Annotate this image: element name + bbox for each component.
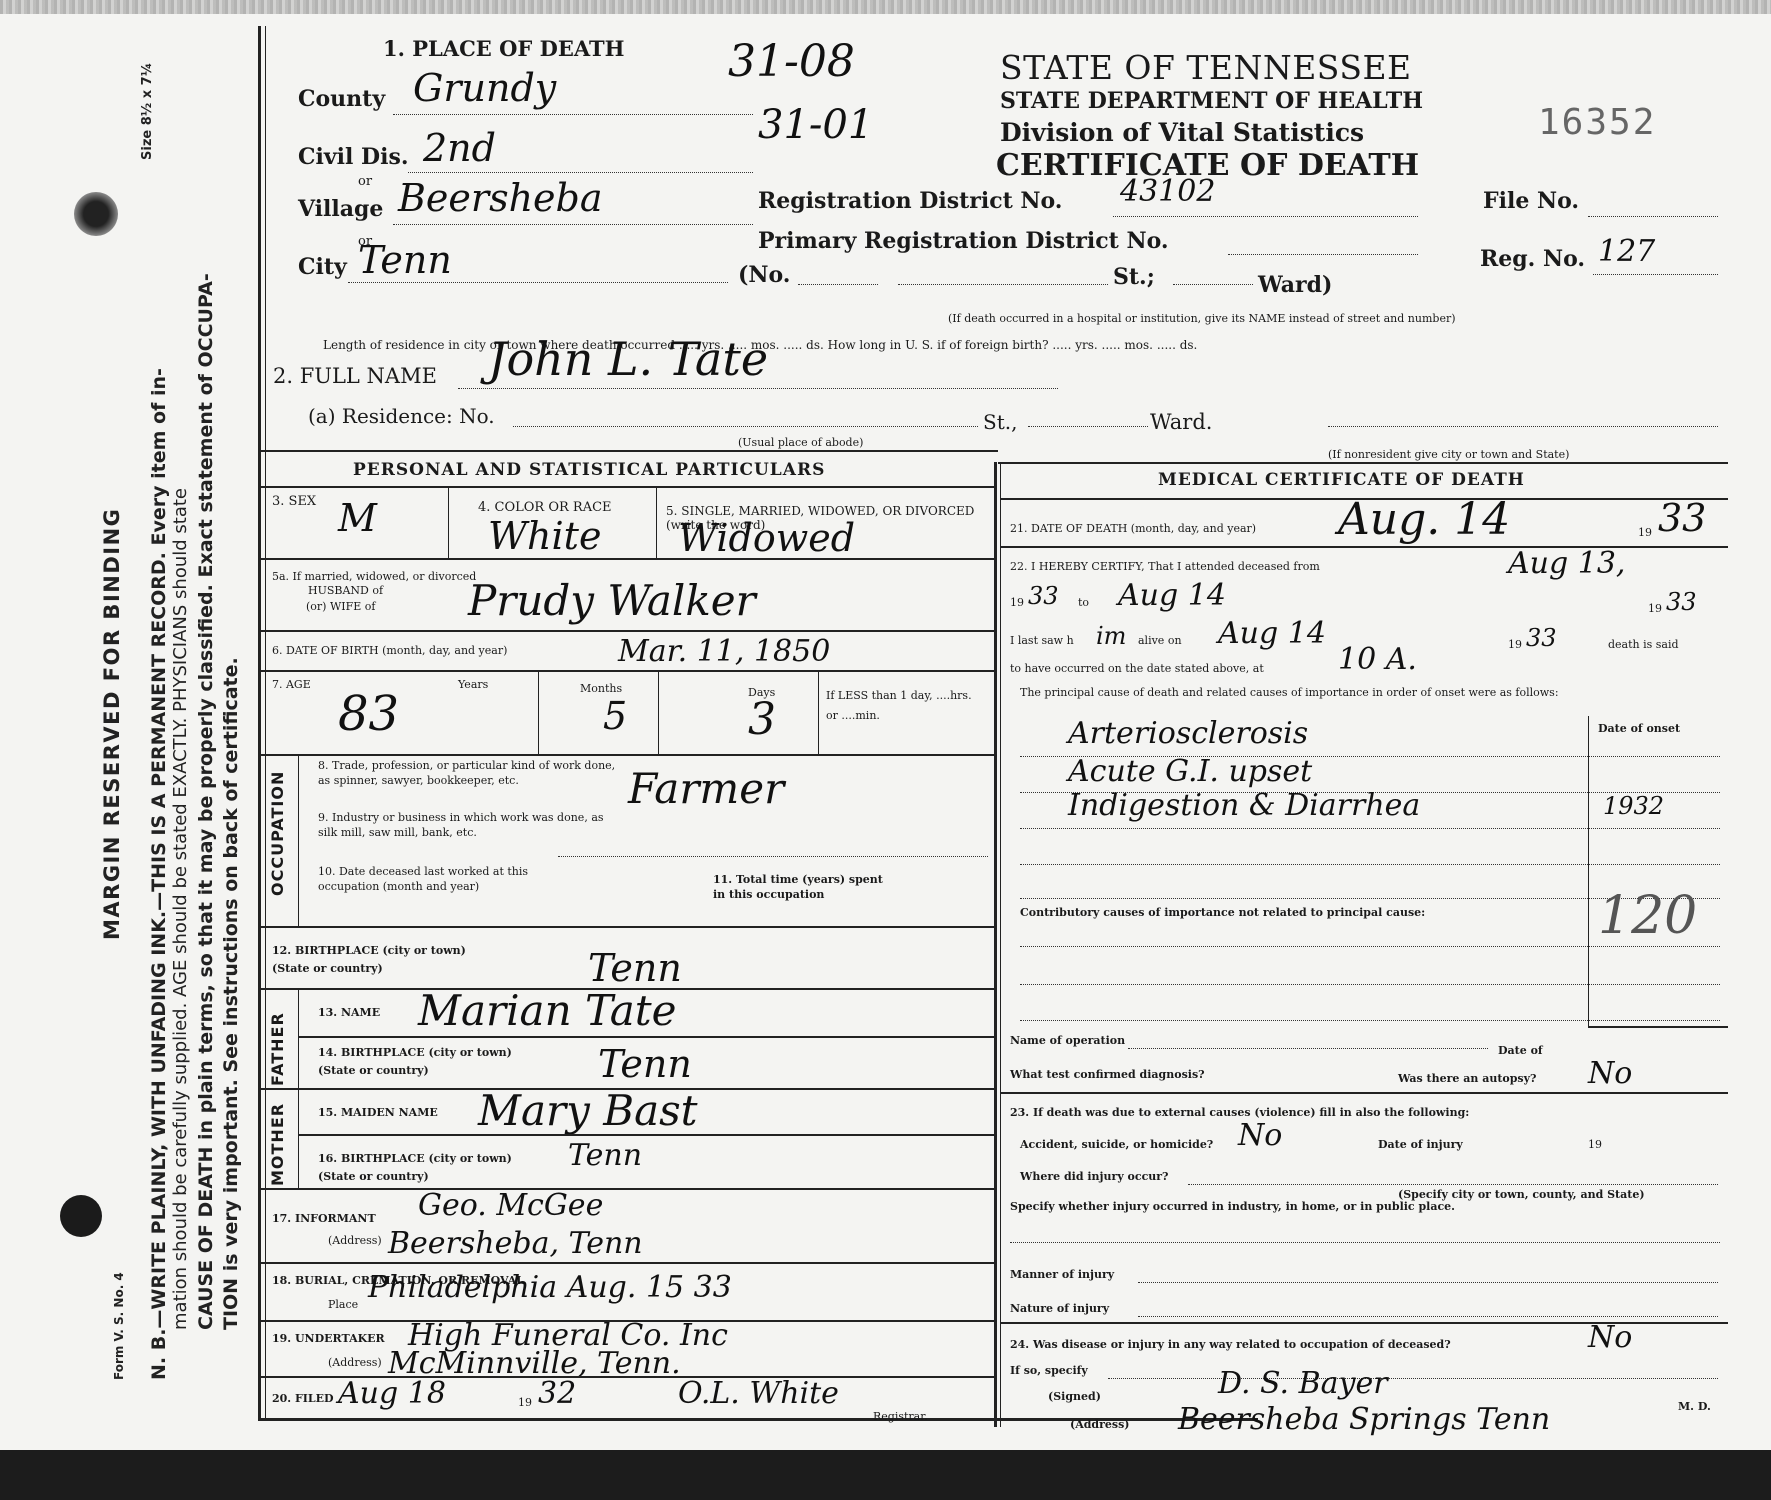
date-of-death-label: 21. DATE OF DEATH (month, day, and year): [1010, 522, 1256, 535]
last-saw-pronoun[interactable]: im: [1096, 622, 1126, 650]
margin-reserved-label: MARGIN RESERVED FOR BINDING: [100, 508, 124, 940]
spouse-label-1: 5a. If married, widowed, or divorced: [272, 570, 476, 583]
operation-date-label: Date of: [1498, 1044, 1543, 1057]
county-label: County: [298, 86, 385, 112]
last-saw-year[interactable]: 33: [1526, 624, 1557, 652]
registration-district-value[interactable]: 43102: [1120, 174, 1215, 209]
cause-3[interactable]: Indigestion & Diarrhea: [1068, 788, 1420, 823]
civil-district-label: Civil Dis.: [298, 144, 409, 170]
race-label: 4. COLOR OR RACE: [478, 500, 612, 515]
spouse-label-3: (or) WIFE of: [306, 600, 375, 613]
reg-no-label: Reg. No.: [1480, 246, 1585, 272]
residence-street-label: St.,: [983, 410, 1017, 434]
civil-district-value[interactable]: 2nd: [423, 126, 496, 170]
department-title: STATE DEPARTMENT OF HEALTH: [1000, 88, 1423, 114]
primary-registration-label: Primary Registration District No.: [758, 228, 1169, 254]
nonresident-note: (If nonresident give city or town and St…: [1328, 448, 1569, 461]
registration-district-label: Registration District No.: [758, 188, 1062, 214]
scan-top-edge: [0, 0, 1771, 14]
mother-birthplace-value[interactable]: Tenn: [568, 1138, 642, 1173]
birthplace-label: 12. BIRTHPLACE (city or town) (State or …: [272, 942, 472, 978]
burial-place-label: Place: [328, 1298, 358, 1311]
reg-no-value[interactable]: 127: [1598, 234, 1655, 269]
occupation-side-label: OCCUPATION: [268, 771, 287, 896]
or-label: or: [358, 174, 372, 189]
less-than-label: If LESS than 1 day, ....hrs. or ....min.: [826, 686, 986, 726]
injury-date-label: Date of injury: [1378, 1138, 1463, 1151]
marital-value[interactable]: Widowed: [678, 516, 855, 560]
mother-birthplace-label: 16. BIRTHPLACE (city or town) (State or …: [318, 1150, 518, 1186]
scan-bottom-edge: [0, 1450, 1771, 1500]
death-certificate-form: 1. PLACE OF DEATH County Grundy Civil Di…: [258, 26, 1728, 1426]
informant-address-value[interactable]: Beersheba, Tenn: [388, 1226, 643, 1261]
cause-3-onset[interactable]: 1932: [1603, 792, 1664, 820]
father-birthplace-value[interactable]: Tenn: [598, 1042, 692, 1086]
instructions-line-4: TION is very important. See instructions…: [220, 657, 242, 1330]
father-name-value[interactable]: Marian Tate: [418, 986, 677, 1035]
contributory-mark: 120: [1598, 886, 1697, 946]
burial-value[interactable]: Philadelphia Aug. 15 33: [368, 1270, 732, 1305]
date-of-death-year-prefix: 19: [1638, 526, 1652, 539]
mother-side-label: MOTHER: [268, 1103, 287, 1186]
age-years-label: Years: [458, 678, 488, 691]
instructions-line-2: mation should be carefully supplied. AGE…: [170, 488, 191, 1330]
margin-code-2: 31-01: [758, 102, 873, 148]
total-time-label: 11. Total time (years) spent in this occ…: [713, 872, 893, 902]
county-value[interactable]: Grundy: [413, 66, 556, 110]
mother-name-label: 15. MAIDEN NAME: [318, 1106, 438, 1119]
father-side-label: FATHER: [268, 1012, 287, 1086]
undertaker-address-label: (Address): [328, 1356, 382, 1369]
village-label: Village: [298, 196, 383, 222]
nature-label: Nature of injury: [1010, 1302, 1109, 1315]
last-saw-alive-label: alive on: [1138, 634, 1182, 647]
cause-2[interactable]: Acute G.I. upset: [1068, 754, 1312, 789]
address-value[interactable]: Beersheba Springs Tenn: [1178, 1402, 1550, 1437]
file-no-label: File No.: [1483, 188, 1579, 214]
last-saw-label: I last saw h: [1010, 634, 1074, 647]
occurred-time[interactable]: 10 A.: [1338, 642, 1417, 677]
street-label: St.;: [1113, 264, 1155, 290]
attended-from[interactable]: Aug 13,: [1508, 546, 1625, 581]
city-value[interactable]: Tenn: [358, 238, 452, 282]
informant-value[interactable]: Geo. McGee: [418, 1188, 603, 1223]
manner-label: Manner of injury: [1010, 1268, 1114, 1281]
cause-1[interactable]: Arteriosclerosis: [1068, 716, 1308, 751]
attended-to-year-prefix: 19: [1648, 602, 1662, 615]
village-value[interactable]: Beersheba: [398, 176, 603, 220]
residence-label: (a) Residence: No.: [308, 404, 495, 428]
dob-value[interactable]: Mar. 11, 1850: [618, 634, 830, 669]
date-of-death-value[interactable]: Aug. 14: [1338, 494, 1510, 545]
undertaker-label: 19. UNDERTAKER: [272, 1332, 385, 1345]
age-months-value[interactable]: 5: [603, 694, 627, 738]
where-injury-label: Where did injury occur?: [1020, 1170, 1169, 1183]
signed-value[interactable]: D. S. Bayer: [1218, 1366, 1388, 1401]
city-label: City: [298, 254, 347, 280]
test-label: What test confirmed diagnosis?: [1010, 1068, 1205, 1081]
hospital-note: (If death occurred in a hospital or inst…: [948, 312, 1456, 325]
father-birthplace-label: 14. BIRTHPLACE (city or town) (State or …: [318, 1044, 518, 1080]
sex-label: 3. SEX: [272, 494, 316, 509]
attended-to[interactable]: Aug 14: [1118, 578, 1226, 613]
attended-from-year[interactable]: 33: [1028, 582, 1059, 610]
last-worked-label: 10. Date deceased last worked at this oc…: [318, 864, 578, 894]
residence-ward-label: Ward.: [1150, 410, 1212, 434]
spouse-value[interactable]: Prudy Walker: [468, 576, 756, 625]
full-name-label: 2. FULL NAME: [273, 364, 437, 388]
specify-whether-label: Specify whether injury occurred in indus…: [1010, 1200, 1455, 1213]
informant-label: 17. INFORMANT: [272, 1212, 376, 1225]
md-label: M. D.: [1678, 1400, 1711, 1413]
last-saw-value[interactable]: Aug 14: [1218, 616, 1326, 651]
attended-to-year[interactable]: 33: [1666, 588, 1697, 616]
certify-label: 22. I HEREBY CERTIFY, That I attended de…: [1010, 560, 1320, 573]
size-note: Size 8½ x 7¼: [140, 63, 155, 160]
accident-value[interactable]: No: [1238, 1118, 1282, 1153]
date-of-onset-label: Date of onset: [1598, 722, 1680, 735]
cause-intro: The principal cause of death and related…: [1020, 686, 1720, 700]
full-name-value[interactable]: John L. Tate: [488, 332, 768, 386]
accident-label: Accident, suicide, or homicide?: [1020, 1138, 1213, 1151]
registrar-label: Registrar.: [873, 1410, 928, 1423]
binding-hole-top: [74, 192, 118, 236]
autopsy-value[interactable]: No: [1588, 1056, 1632, 1091]
sex-value[interactable]: M: [338, 496, 377, 540]
filed-date[interactable]: Aug 18: [338, 1376, 446, 1411]
death-said-label: death is said: [1608, 638, 1679, 651]
address-label: (Address): [1070, 1418, 1130, 1431]
industry-label: 9. Industry or business in which work wa…: [318, 810, 618, 840]
street-no-label: (No.: [738, 262, 790, 288]
operation-label: Name of operation: [1010, 1034, 1125, 1047]
informant-address-label: (Address): [328, 1234, 382, 1247]
dob-label: 6. DATE OF BIRTH (month, day, and year): [272, 644, 507, 657]
attended-from-year-prefix: 19: [1010, 596, 1024, 609]
date-of-death-year[interactable]: 33: [1658, 496, 1706, 540]
medical-heading: MEDICAL CERTIFICATE OF DEATH: [1158, 470, 1525, 490]
certificate-stamp-number: 16352: [1538, 102, 1656, 143]
age-years-value[interactable]: 83: [338, 686, 399, 742]
spouse-label-2: HUSBAND of: [308, 584, 383, 597]
injury-year-prefix: 19: [1588, 1138, 1602, 1151]
attended-to-label: to: [1078, 596, 1089, 609]
filed-year-prefix: 19: [518, 1396, 532, 1409]
instructions-line-3: CAUSE OF DEATH in plain terms, so that i…: [195, 273, 217, 1330]
registrar-value[interactable]: O.L. White: [678, 1376, 839, 1411]
trade-label: 8. Trade, profession, or particular kind…: [318, 758, 628, 788]
occupation-related-value[interactable]: No: [1588, 1320, 1632, 1355]
age-days-value[interactable]: 3: [748, 694, 776, 745]
signed-label: (Signed): [1048, 1390, 1101, 1403]
division-title: Division of Vital Statistics: [1000, 118, 1364, 147]
form-number: Form V. S. No. 4: [112, 1272, 126, 1380]
age-label: 7. AGE: [272, 678, 311, 691]
personal-heading: PERSONAL AND STATISTICAL PARTICULARS: [353, 460, 825, 480]
birthplace-value[interactable]: Tenn: [588, 946, 682, 990]
mother-name-value[interactable]: Mary Bast: [478, 1086, 698, 1135]
binding-hole-bottom: [60, 1195, 102, 1237]
filed-year[interactable]: 32: [538, 1376, 576, 1411]
father-name-label: 13. NAME: [318, 1006, 380, 1019]
last-saw-year-prefix: 19: [1508, 638, 1522, 651]
contributory-label: Contributory causes of importance not re…: [1020, 906, 1425, 919]
if-so-label: If so, specify: [1010, 1364, 1088, 1377]
occurred-label: to have occurred on the date stated abov…: [1010, 662, 1264, 675]
race-value[interactable]: White: [488, 514, 601, 558]
margin-code-1: 31-08: [728, 36, 855, 87]
filed-label: 20. FILED: [272, 1392, 334, 1405]
instructions-line-1: N. B.—WRITE PLAINLY, WITH UNFADING INK.—…: [148, 368, 170, 1380]
autopsy-label: Was there an autopsy?: [1398, 1072, 1536, 1085]
occupation-related-label: 24. Was disease or injury in any way rel…: [1010, 1338, 1451, 1351]
trade-value[interactable]: Farmer: [628, 764, 784, 813]
usual-abode-note: (Usual place of abode): [738, 436, 863, 449]
ward-label: Ward): [1258, 272, 1332, 298]
place-of-death-heading: 1. PLACE OF DEATH: [383, 36, 624, 61]
state-title: STATE OF TENNESSEE: [1000, 48, 1412, 87]
